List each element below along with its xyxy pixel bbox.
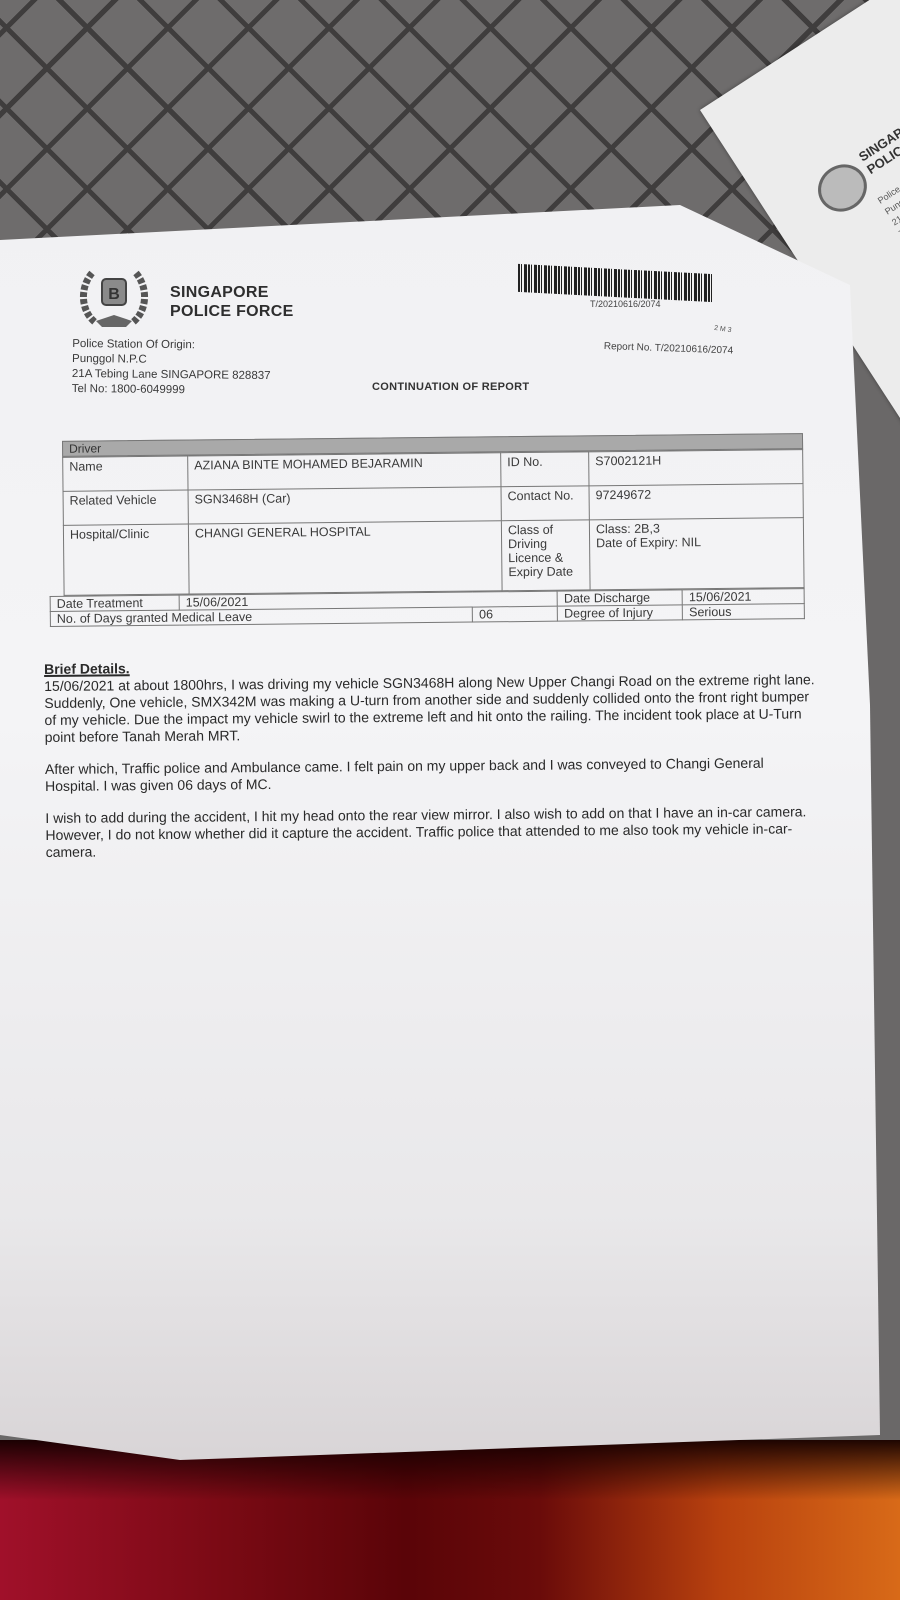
svg-text:B: B bbox=[108, 286, 120, 303]
details-paragraph: I wish to add during the accident, I hit… bbox=[45, 803, 820, 861]
mc-value: 06 bbox=[472, 606, 557, 622]
discharge-value: 15/06/2021 bbox=[682, 589, 804, 605]
report-number: Report No. T/20210616/2074 bbox=[604, 341, 734, 357]
report-sheet: B SINGAPORE POLICE FORCE Police Station … bbox=[0, 205, 880, 1465]
injury-label: Degree of Injury bbox=[557, 605, 682, 621]
barcode bbox=[518, 264, 713, 302]
name-value: AZIANA BINTE MOHAMED BEJARAMIN bbox=[188, 453, 501, 490]
hospital-label: Hospital/Clinic bbox=[63, 524, 189, 595]
barcode-text: T/20210616/2074 bbox=[590, 299, 661, 309]
brief-details: Brief Details. 15/06/2021 at about 1800h… bbox=[44, 654, 821, 876]
hospital-value: CHANGI GENERAL HOSPITAL bbox=[188, 521, 502, 594]
name-label: Name bbox=[63, 456, 188, 491]
contact-value: 97249672 bbox=[589, 484, 803, 520]
vehicle-label: Related Vehicle bbox=[63, 490, 188, 525]
licence-value: Class: 2B,3 Date of Expiry: NIL bbox=[589, 518, 804, 590]
back-org-name: SINGAPORE POLICE FORCE bbox=[856, 99, 900, 177]
details-paragraph: After which, Traffic police and Ambulanc… bbox=[45, 754, 820, 795]
treatment-label: Date Treatment bbox=[50, 595, 179, 611]
police-crest-icon: B bbox=[78, 265, 150, 331]
document-title: CONTINUATION OF REPORT bbox=[372, 381, 529, 393]
id-label: ID No. bbox=[501, 452, 589, 487]
injury-value: Serious bbox=[682, 604, 804, 620]
details-paragraph: 15/06/2021 at about 1800hrs, I was drivi… bbox=[44, 671, 820, 746]
licence-label: Class of Driving Licence & Expiry Date bbox=[501, 520, 590, 591]
discharge-label: Date Discharge bbox=[557, 590, 682, 606]
page-mark: 2 M 3 bbox=[714, 325, 732, 334]
vehicle-value: SGN3468H (Car) bbox=[188, 487, 501, 524]
driver-table: Driver Name AZIANA BINTE MOHAMED BEJARAM… bbox=[48, 433, 805, 627]
org-name: SINGAPORE POLICE FORCE bbox=[170, 283, 294, 321]
station-origin: Police Station Of Origin: Punggol N.P.C … bbox=[72, 337, 271, 399]
id-value: S7002121H bbox=[589, 450, 803, 486]
contact-label: Contact No. bbox=[501, 486, 589, 521]
